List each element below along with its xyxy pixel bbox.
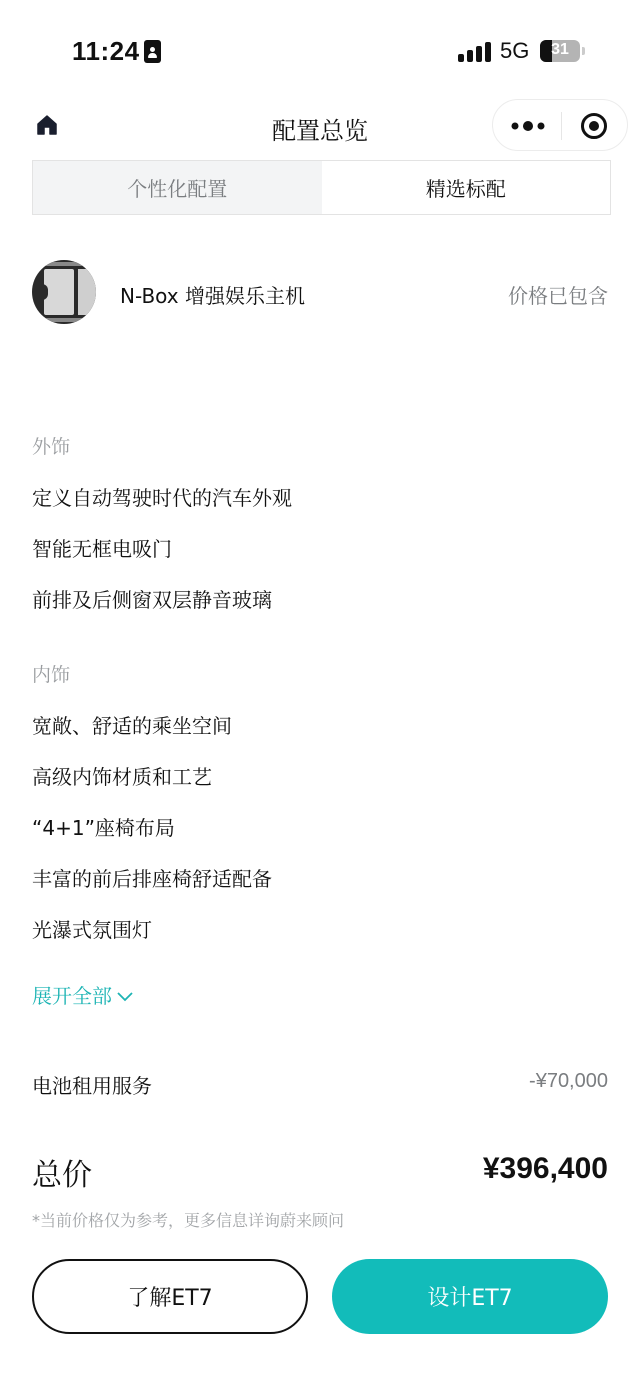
total-label: 总价 [32, 1150, 92, 1194]
feature-item: 高级内饰材质和工艺 [32, 761, 212, 790]
battery-service-value: -¥70,000 [529, 1070, 608, 1093]
battery-tip [582, 47, 585, 55]
signal-icon [458, 42, 492, 62]
contact-card-icon [144, 40, 161, 63]
battery-service-row: 电池租用服务 -¥70,000 [32, 1070, 608, 1100]
miniprogram-capsule [492, 99, 628, 151]
tab-personalized-config[interactable]: 个性化配置 [33, 161, 322, 214]
feature-item: 定义自动驾驶时代的汽车外观 [32, 482, 292, 511]
capsule-divider [561, 112, 562, 140]
nav-bar: 配置总览 [0, 95, 640, 155]
feature-item: 光瀑式氛围灯 [32, 914, 152, 943]
feature-item: 前排及后侧窗双层静音玻璃 [32, 584, 272, 613]
product-price-note: 价格已包含 [508, 280, 608, 309]
more-icon[interactable] [509, 114, 547, 138]
feature-item: “4+1”座椅布局 [32, 812, 175, 841]
expand-all-link[interactable]: 展开全部 [32, 980, 134, 1009]
config-tabs: 个性化配置 精选标配 [32, 160, 611, 215]
battery-icon: 31 [540, 40, 580, 62]
status-bar: 11:24 5G 31 [0, 0, 640, 100]
feature-item: 宽敞、舒适的乘坐空间 [32, 710, 232, 739]
product-row: N-Box 增强娱乐主机 价格已包含 [32, 260, 610, 324]
section-title-interior: 内饰 [32, 660, 70, 687]
chevron-down-icon [116, 990, 134, 1002]
design-et7-button[interactable]: 设计ET7 [332, 1259, 608, 1334]
price-disclaimer: *当前价格仅为参考，更多信息详询蔚来顾问 [32, 1208, 344, 1231]
learn-et7-button[interactable]: 了解ET7 [32, 1259, 308, 1334]
feature-item: 丰富的前后排座椅舒适配备 [32, 863, 272, 892]
total-value: ¥396,400 [483, 1152, 608, 1186]
status-time: 11:24 [72, 36, 140, 67]
product-thumbnail [32, 260, 96, 324]
battery-percent: 31 [540, 41, 580, 59]
expand-all-label: 展开全部 [32, 980, 112, 1009]
close-miniprogram-icon[interactable] [580, 112, 608, 140]
battery-service-label: 电池租用服务 [32, 1070, 152, 1099]
product-name: N-Box 增强娱乐主机 [120, 280, 305, 309]
total-price-row: 总价 ¥396,400 [32, 1150, 608, 1194]
network-type: 5G [500, 38, 529, 64]
section-title-exterior: 外饰 [32, 432, 70, 459]
feature-item: 智能无框电吸门 [32, 533, 172, 562]
tab-standard-config[interactable]: 精选标配 [322, 161, 611, 214]
